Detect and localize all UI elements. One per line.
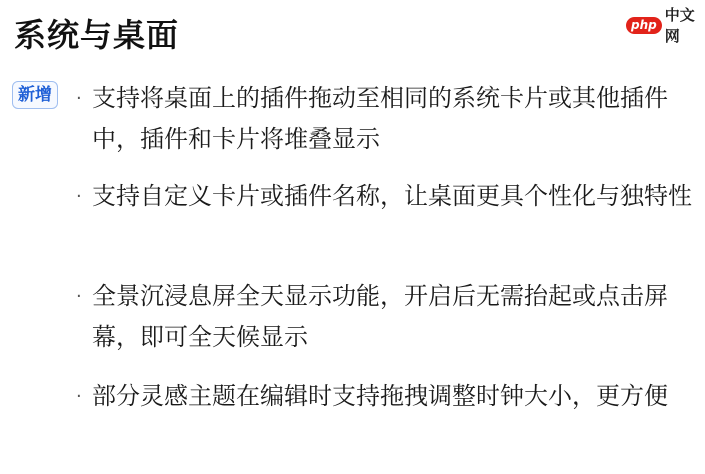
logo-text: 中文网 [665, 4, 705, 46]
bullet: · [76, 176, 88, 217]
new-badge: 新增 [12, 81, 58, 109]
bullet: · [76, 376, 88, 417]
list-item: · 支持自定义卡片或插件名称，让桌面更具个性化与独特性 [76, 176, 696, 217]
list-item: · 支持将桌面上的插件拖动至相同的系统卡片或其他插件中，插件和卡片将堆叠显示 [76, 78, 696, 160]
item-text: 全景沉浸息屏全天显示功能，开启后无需抬起或点击屏幕，即可全天候显示 [76, 276, 696, 358]
list-item: · 全景沉浸息屏全天显示功能，开启后无需抬起或点击屏幕，即可全天候显示 [76, 276, 696, 358]
section-title: 系统与桌面 [14, 10, 179, 56]
bullet: · [76, 78, 88, 119]
list-item: · 部分灵感主题在编辑时支持拖拽调整时钟大小，更方便 [76, 376, 696, 417]
site-logo: php 中文网 [626, 4, 705, 46]
item-text: 部分灵感主题在编辑时支持拖拽调整时钟大小，更方便 [76, 376, 696, 417]
item-text: 支持自定义卡片或插件名称，让桌面更具个性化与独特性 [76, 176, 696, 217]
bullet: · [76, 276, 88, 317]
php-logo-mark: php [626, 17, 662, 34]
item-text: 支持将桌面上的插件拖动至相同的系统卡片或其他插件中，插件和卡片将堆叠显示 [76, 78, 696, 160]
